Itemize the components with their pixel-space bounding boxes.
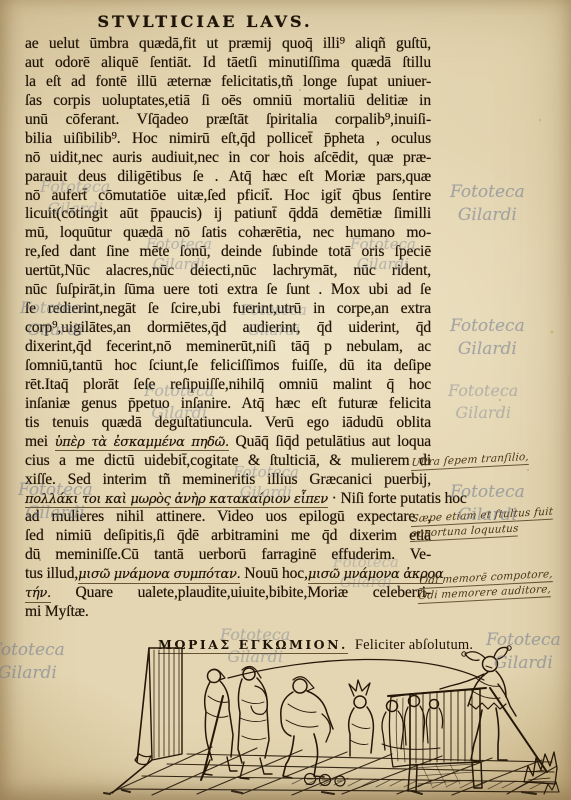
body-line: nūc ſuſpirāt,in ſūma uere toti extra ſe … <box>25 281 431 300</box>
body-line: mei ὑπὲρ τὰ ἐσκαμμένα πηδῶ. Quāq̄ ſiq̄d … <box>25 433 431 452</box>
latin-text: ae uelut ūmbra quædā,fit ut præmij quoq̄… <box>25 35 431 52</box>
body-line: ad mulieres nihil attinere. Video uos ep… <box>25 508 431 527</box>
greek-phrase-underlined: πολλάκι τοι καὶ μωρὸς ἀνὴρ κατακαίριον ε… <box>25 492 328 509</box>
body-line: licuit(cōtingit aūt p̄paucis) ij patiunt… <box>25 205 431 224</box>
body-line: dū meminiſſe.Cū tantā uerborū farraginē … <box>25 546 431 565</box>
latin-text: aut odorē aliquē ſentiāt. Id tāetſi minu… <box>25 54 431 71</box>
latin-text: nō aufert̄ cōmutatiōe uitæ,ſed pficit̄. … <box>25 187 431 204</box>
handwritten-margin-note: Odi memorē compotore,Odi memorere audito… <box>418 567 553 604</box>
body-line: cius a me dictū uidebit̄,cogitate & ſtul… <box>25 452 431 471</box>
shrub <box>524 752 559 794</box>
latin-text: ſas corpis uoluptates,etiā ſi oēs omniū … <box>25 92 431 109</box>
fototeca-gilardi-watermark: FototecaGilardi <box>0 639 65 685</box>
body-line: inſaniæ genus p̄petuo inſanire. Atq̄ hæc… <box>25 395 431 414</box>
body-line: τήν. Quare ualete,plaudite,uiuite,bibite… <box>25 584 431 603</box>
body-line: mū, loquūtur quædā nō ſatis cohærētia, n… <box>25 224 431 243</box>
body-line: tis tenuis quædā deguſtatiuncula. Verū e… <box>25 414 431 433</box>
latin-text: licuit(cōtingit aūt p̄paucis) ij patiunt… <box>25 205 431 222</box>
latin-text: tis tenuis quædā deguſtatiuncula. Verū e… <box>25 414 431 431</box>
body-line: la eſt ad fontē illū æternæ felicitatis,… <box>25 73 431 92</box>
latin-text: nūc ſuſpirāt,in ſūma uere toti extra ſe … <box>25 281 431 298</box>
latin-text: re,ſed dant ſine mēte ſonū, deinde ſubin… <box>25 243 431 260</box>
fototeca-gilardi-watermark: FototecaGilardi <box>448 380 518 423</box>
latin-text: Quāq̄ ſiq̄d petulātius aut loqua <box>229 433 431 450</box>
latin-text: ſed nimiū deſipitis,ſi q̄dē arbitramini … <box>25 527 431 544</box>
body-line: ſomniū,tantū hoc ſciunt,ſe feliciſſimos … <box>25 357 431 376</box>
body-line: ſed nimiū deſipitis,ſi q̄dē arbitramini … <box>25 527 431 546</box>
body-line: nō aufert̄ cōmutatiōe uitæ,ſed pficit̄. … <box>25 187 431 206</box>
latin-text: ſe redierint,negāt ſe ſcire,ubi fuerint,… <box>25 300 431 317</box>
body-line: ae uelut ūmbra quædā,fit ut præmij quoq̄… <box>25 35 431 54</box>
latin-text: corp⁹,uigilātes,an dormiētes,q̄d audieri… <box>25 319 431 336</box>
latin-text: cius a me dictū uidebit̄,cogitate & ſtul… <box>25 452 431 469</box>
body-line: xiſſe. Sed interim tñ memineritis illius… <box>25 471 431 490</box>
body-line: dixerint,q̄d fecerint,nō meminerūt,niſi … <box>25 338 431 357</box>
body-line: corp⁹,uigilātes,an dormiētes,q̄d audieri… <box>25 319 431 338</box>
latin-text: dixerint,q̄d fecerint,nō meminerūt,niſi … <box>25 338 431 355</box>
latin-text: inſaniæ genus p̄petuo inſanire. Atq̄ hæc… <box>25 395 431 412</box>
body-line: tus illud,μισῶ μνάμονα συμπόταν. Nouū ho… <box>25 565 431 584</box>
fototeca-gilardi-watermark: FototecaGilardi <box>450 181 525 227</box>
scanned-book-page: STVLTICIAE LAVS. ae uelut ūmbra quædā,fi… <box>0 0 571 800</box>
body-line: unū cōferant. Vſq̄adeo præſtāt ſpiritali… <box>25 111 431 130</box>
latin-text: la eſt ad fontē illū æternæ felicitatis,… <box>25 73 431 90</box>
body-line: ſe redierint,negāt ſe ſcire,ubi fuerint,… <box>25 300 431 319</box>
latin-text: parauit deus diligētibus ſe . Atq̄ hæc e… <box>25 168 431 185</box>
page-title: STVLTICIAE LAVS. <box>25 12 385 31</box>
latin-text: xiſſe. Sed interim tñ memineritis illius… <box>25 471 431 488</box>
body-line: uertūt,Nūc alacres,nūc deiecti,nūc lachr… <box>25 262 431 281</box>
body-line: re,ſed dant ſine mēte ſonū, deinde ſubin… <box>25 243 431 262</box>
handwritten-margin-note: Sæpe etiam et ſtultus fuitopportuna loqu… <box>410 505 554 543</box>
body-line: rēt.Itaq̄ plorāt ſeſe reſipuiſſe,nihilq̄… <box>25 376 431 395</box>
latin-text: Quare ualete,plaudite,uiuite,bibite,Mori… <box>51 584 431 601</box>
latin-text: mū, loquūtur quædā nō ſatis cohærētia, n… <box>25 224 431 241</box>
latin-text: tus illud, <box>25 565 78 582</box>
crowd-figures <box>201 667 443 787</box>
latin-text: mi Myſtæ. <box>25 603 89 620</box>
latin-text: · Niſi forte putatis hoc <box>328 490 467 507</box>
body-line: parauit deus diligētibus ſe . Atq̄ hæc e… <box>25 168 431 187</box>
latin-text: uertūt,Nūc alacres,nūc deiecti,nūc lachr… <box>25 262 431 279</box>
latin-text: unū cōferant. Vſq̄adeo præſtāt ſpiritali… <box>25 111 431 128</box>
greek-phrase-underlined: ὑπὲρ τὰ ἐσκαμμένα πηδῶ. <box>55 435 229 452</box>
body-text: ae uelut ūmbra quædā,fit ut præmij quoq̄… <box>25 35 431 622</box>
latin-text: nō uidit,nec auris audiuit,nec in cor ho… <box>25 149 431 166</box>
latin-text: Nouū hoc, <box>240 565 307 582</box>
greek-phrase-underlined: μισῶ μνάμονα συμπόταν. <box>78 567 240 584</box>
latin-text: mei <box>25 433 55 450</box>
body-line: mi Myſtæ. <box>25 603 431 622</box>
body-line: ſas corpis uoluptates,etiā ſi oēs omniū … <box>25 92 431 111</box>
fototeca-gilardi-watermark: FototecaGilardi <box>450 315 525 361</box>
body-line: bilia uiſibilib⁹. Hoc nimirū eſt,q̄d pol… <box>25 130 431 149</box>
woodcut-illustration <box>92 644 560 796</box>
body-line: nō uidit,nec auris audiuit,nec in cor ho… <box>25 149 431 168</box>
latin-text: ſomniū,tantū hoc ſciunt,ſe feliciſſimos … <box>25 357 431 374</box>
latin-text: rēt.Itaq̄ plorāt ſeſe reſipuiſſe,nihilq̄… <box>25 376 431 393</box>
left-wall <box>112 648 182 793</box>
latin-text: ad mulieres nihil attinere. Video uos ep… <box>25 508 431 525</box>
greek-phrase-underlined: τήν. <box>25 586 51 603</box>
latin-text: bilia uiſibilib⁹. Hoc nimirū eſt,q̄d pol… <box>25 130 431 147</box>
latin-text: dū meminiſſe.Cū tantā uerborū farraginē … <box>25 546 431 563</box>
body-line: aut odorē aliquē ſentiāt. Id tāetſi minu… <box>25 54 431 73</box>
body-line: πολλάκι τοι καὶ μωρὸς ἀνὴρ κατακαίριον ε… <box>25 490 431 509</box>
